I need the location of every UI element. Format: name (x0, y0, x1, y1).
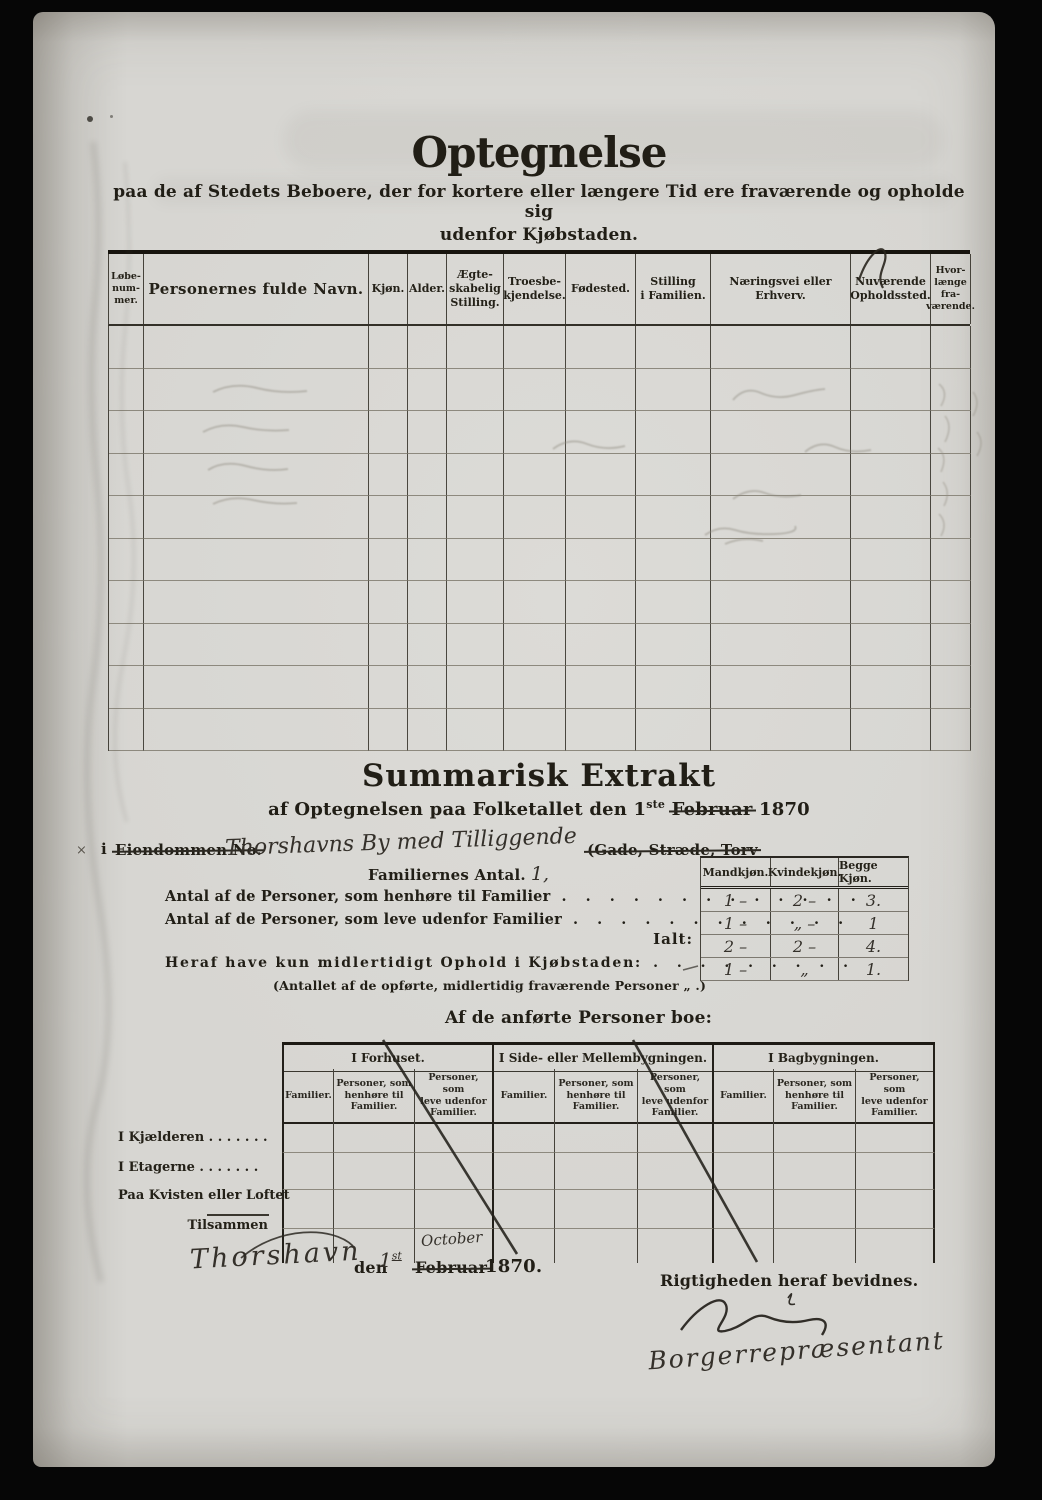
sub-udenfor: Personer, som leve udenfor Familier. (415, 1069, 494, 1122)
register-empty-row (108, 411, 970, 454)
register-empty-cell (931, 411, 971, 454)
register-empty-cell (636, 539, 711, 582)
boe-empty-cell (282, 1122, 334, 1153)
register-empty-cell (447, 454, 504, 497)
register-empty-cell (408, 666, 447, 709)
families-label: Familiernes Antal. (368, 866, 526, 884)
register-empty-row (108, 581, 970, 624)
register-empty-row (108, 624, 970, 667)
register-empty-cell (447, 709, 504, 752)
register-empty-cell (711, 496, 851, 539)
count-value: 4. (839, 935, 908, 957)
count-value: 2 – (771, 935, 839, 957)
register-empty-cell (931, 581, 971, 624)
register-empty-cell (636, 454, 711, 497)
binding-crease (87, 142, 109, 1282)
register-empty-cell (504, 411, 566, 454)
register-empty-cell (566, 411, 636, 454)
ink-speck (87, 116, 93, 122)
signature-scribble (681, 1294, 826, 1335)
register-empty-row (108, 326, 970, 369)
register-empty-cell (144, 369, 369, 412)
group-bagbygningen: I Bagbygningen. (714, 1045, 935, 1071)
register-empty-cell (636, 496, 711, 539)
register-empty-cell (851, 624, 931, 667)
register-empty-cell (504, 454, 566, 497)
sub-familier: Familier. (714, 1069, 774, 1122)
register-empty-cell (109, 326, 144, 369)
main-table-body (108, 326, 970, 751)
counts-table: Mandkjøn. Kvindekjøn. Begge Kjøn. 1 – 2 … (700, 856, 909, 981)
register-empty-cell (931, 369, 971, 412)
subtitle-line-2: udenfor Kjøbstaden. (108, 225, 970, 245)
summary-heading: Summarisk Extrakt (108, 758, 970, 794)
boe-empty-cell (282, 1153, 334, 1190)
col-aegteskabelig: Ægte- skabelig Stilling. (447, 254, 504, 324)
register-empty-cell (504, 539, 566, 582)
attestation-text: Rigtigheden heraf bevidnes. (660, 1271, 918, 1290)
boe-empty-cell (282, 1190, 334, 1229)
boe-empty-cell (856, 1153, 935, 1190)
col-naeringsvei: Næringsvei eller Erhverv. (711, 254, 851, 324)
note-line: (Antallet af de opførte, midlertidig fra… (273, 978, 706, 993)
boe-empty-row (282, 1190, 1042, 1229)
day-number: 1 (379, 1248, 392, 1272)
register-empty-cell (144, 411, 369, 454)
counts-row-outside-families: 1 – „ – 1 (701, 912, 908, 935)
register-empty-cell (369, 666, 408, 709)
register-empty-cell (566, 624, 636, 667)
col-fodested: Fødested. (566, 254, 636, 324)
register-empty-cell (144, 454, 369, 497)
count-value: 3. (839, 889, 908, 911)
line2-label: Antal af de Personer, som leve udenfor F… (165, 911, 562, 928)
register-empty-cell (144, 709, 369, 752)
counts-row-families: 1 – 2 – 3. (701, 889, 908, 912)
boe-empty-cell (638, 1122, 714, 1153)
register-empty-cell (566, 581, 636, 624)
main-table: Løbe- num- mer. Personernes fulde Navn. … (108, 250, 970, 751)
boe-empty-cell (714, 1122, 774, 1153)
register-empty-cell (369, 539, 408, 582)
sub-henhore: Personer, som henhøre til Familier. (334, 1069, 415, 1122)
register-empty-cell (369, 454, 408, 497)
register-empty-cell (447, 496, 504, 539)
paper-sheet: Optegnelse paa de af Stedets Beboere, de… (33, 12, 995, 1467)
register-empty-cell (109, 411, 144, 454)
boe-empty-cell (555, 1229, 638, 1263)
signature-role: Borgerrepræsentant (647, 1326, 945, 1376)
register-empty-cell (144, 496, 369, 539)
register-empty-row (108, 496, 970, 539)
main-table-header: Løbe- num- mer. Personernes fulde Navn. … (108, 254, 970, 326)
register-empty-cell (408, 326, 447, 369)
sub-henhore: Personer, som henhøre til Familier. (555, 1069, 638, 1122)
register-empty-cell (851, 539, 931, 582)
register-empty-cell (109, 709, 144, 752)
register-empty-cell (851, 581, 931, 624)
register-empty-cell (851, 326, 931, 369)
register-empty-cell (636, 666, 711, 709)
count-value: 1 (839, 912, 908, 934)
scanned-census-page: { "page": { "title": "Optegnelse", "subt… (0, 0, 1042, 1500)
register-empty-cell (447, 369, 504, 412)
day-suffix: st (392, 1249, 402, 1262)
register-empty-cell (711, 369, 851, 412)
register-empty-cell (504, 666, 566, 709)
count-value: „ – (771, 912, 839, 934)
printed-year: 1870. (485, 1256, 542, 1277)
boe-empty-cell (334, 1190, 415, 1229)
register-empty-row (108, 709, 970, 752)
register-empty-cell (851, 411, 931, 454)
register-empty-cell (636, 581, 711, 624)
sub-familier: Familier. (494, 1069, 555, 1122)
sub-udenfor: Personer, som leve udenfor Familier. (856, 1069, 935, 1122)
boe-empty-cell (638, 1190, 714, 1229)
register-empty-cell (566, 709, 636, 752)
counts-col-mandkjon: Mandkjøn. (701, 858, 771, 886)
register-empty-cell (504, 709, 566, 752)
register-empty-cell (931, 326, 971, 369)
col-kjon: Kjøn. (369, 254, 408, 324)
register-empty-cell (636, 709, 711, 752)
register-empty-cell (566, 326, 636, 369)
col-stilling-familien: Stilling i Familien. (636, 254, 711, 324)
register-empty-cell (636, 326, 711, 369)
register-empty-cell (369, 496, 408, 539)
title-block: Optegnelse (108, 128, 970, 177)
register-empty-cell (504, 624, 566, 667)
sub-udenfor: Personer, som leve udenfor Familier. (638, 1069, 714, 1122)
count-value: 2 – (771, 889, 839, 911)
boe-empty-cell (494, 1153, 555, 1190)
col-hvorlaenge: Hvor- længe fra- værende. (931, 254, 971, 324)
boe-subheader: Familier. Personer, som henhøre til Fami… (282, 1069, 935, 1124)
register-empty-cell (369, 411, 408, 454)
register-empty-cell (711, 709, 851, 752)
counts-row-temporary: 1 – „ 1. (701, 958, 908, 981)
register-empty-cell (851, 369, 931, 412)
register-empty-cell (369, 369, 408, 412)
families-value-handwritten: 1, (531, 863, 549, 885)
register-empty-cell (109, 581, 144, 624)
register-empty-cell (504, 369, 566, 412)
register-empty-cell (109, 666, 144, 709)
boe-empty-row (282, 1153, 1042, 1190)
boe-empty-cell (774, 1190, 856, 1229)
register-empty-row (108, 454, 970, 497)
register-empty-cell (408, 624, 447, 667)
count-value: 2 – (701, 935, 771, 957)
row-label-kvisten: Paa Kvisten eller Loftet (118, 1188, 290, 1203)
boe-empty-cell (334, 1122, 415, 1153)
register-empty-cell (447, 666, 504, 709)
col-troesbekjendelse: Troesbe- kjendelse. (504, 254, 566, 324)
boe-empty-cell (856, 1229, 935, 1263)
boe-empty-cell (714, 1229, 774, 1263)
register-empty-cell (144, 326, 369, 369)
count-value: 1 – (701, 889, 771, 911)
group-forhuset: I Forhuset. (282, 1045, 494, 1071)
boe-table: I Forhuset. I Side- eller Mellembygninge… (113, 1042, 936, 1266)
families-line: Familiernes Antal. 1, (368, 863, 549, 885)
boe-empty-cell (415, 1122, 494, 1153)
register-empty-cell (504, 326, 566, 369)
register-empty-cell (369, 581, 408, 624)
counts-header-row: Mandkjøn. Kvindekjøn. Begge Kjøn. (701, 858, 908, 889)
register-empty-cell (447, 539, 504, 582)
sub-henhore: Personer, som henhøre til Familier. (774, 1069, 856, 1122)
boe-empty-cell (494, 1122, 555, 1153)
register-empty-cell (144, 666, 369, 709)
boe-empty-cell (638, 1229, 714, 1263)
col-lobenummer: Løbe- num- mer. (109, 254, 144, 324)
register-empty-cell (504, 581, 566, 624)
margin-x-mark: × (76, 843, 87, 858)
boe-heading: Af de anførte Personer boe: (445, 1008, 712, 1028)
register-empty-cell (109, 624, 144, 667)
boe-empty-cell (415, 1153, 494, 1190)
boe-empty-row (282, 1122, 1042, 1153)
boe-empty-cell (714, 1190, 774, 1229)
register-empty-cell (711, 411, 851, 454)
register-empty-cell (369, 326, 408, 369)
counts-row-total: 2 – 2 – 4. (701, 935, 908, 958)
summary-subheading: af Optegnelsen paa Folketallet den 1ste … (108, 798, 970, 820)
register-empty-cell (408, 454, 447, 497)
register-empty-cell (711, 624, 851, 667)
col-opholdssted: Nuværende Opholdssted. (851, 254, 931, 324)
col-alder: Alder. (408, 254, 447, 324)
register-empty-cell (566, 369, 636, 412)
count-value: 1 – (701, 912, 771, 934)
struck-month: Februar (672, 799, 753, 820)
subtitle-line-1: paa de af Stedets Beboere, der for korte… (108, 182, 970, 222)
register-empty-cell (369, 624, 408, 667)
sub-familier: Familier. (282, 1069, 334, 1122)
register-empty-cell (636, 411, 711, 454)
register-empty-row (108, 666, 970, 709)
register-empty-cell (851, 709, 931, 752)
register-empty-cell (109, 496, 144, 539)
register-empty-cell (851, 666, 931, 709)
register-empty-cell (711, 326, 851, 369)
register-empty-cell (408, 496, 447, 539)
register-empty-cell (408, 539, 447, 582)
boe-empty-cell (638, 1153, 714, 1190)
boe-empty-cell (555, 1153, 638, 1190)
register-empty-cell (711, 666, 851, 709)
boe-empty-cell (555, 1190, 638, 1229)
subheading-text: af Optegnelsen paa Folketallet den 1 (268, 799, 646, 820)
register-empty-row (108, 369, 970, 412)
count-value: „ (771, 958, 839, 980)
register-empty-cell (931, 454, 971, 497)
register-empty-cell (566, 539, 636, 582)
register-empty-cell (447, 624, 504, 667)
boe-empty-cell (856, 1122, 935, 1153)
register-empty-cell (109, 454, 144, 497)
register-empty-cell (931, 709, 971, 752)
register-empty-cell (566, 496, 636, 539)
location-prefix: i (101, 840, 107, 858)
register-empty-cell (504, 496, 566, 539)
register-empty-cell (144, 624, 369, 667)
register-empty-cell (931, 496, 971, 539)
register-empty-cell (931, 624, 971, 667)
register-empty-cell (851, 454, 931, 497)
register-empty-cell (566, 454, 636, 497)
subheading-year: 1870 (759, 799, 810, 820)
register-empty-cell (566, 666, 636, 709)
ialt-label: Ialt: (593, 930, 693, 948)
boe-empty-cell (555, 1122, 638, 1153)
boe-empty-cell (774, 1153, 856, 1190)
handwritten-location: Thorshavns By med Tilliggende (225, 824, 578, 861)
counts-col-kvindekjon: Kvindekjøn. (771, 858, 839, 886)
register-empty-cell (636, 624, 711, 667)
boe-empty-cell (714, 1153, 774, 1190)
group-mellembygningen: I Side- eller Mellembygningen. (494, 1045, 714, 1071)
ink-speck (110, 115, 113, 118)
register-empty-cell (711, 454, 851, 497)
register-empty-cell (711, 581, 851, 624)
register-empty-cell (931, 666, 971, 709)
register-empty-cell (109, 539, 144, 582)
boe-empty-cell (334, 1153, 415, 1190)
heraf-label: Heraf have kun midlertidigt Ophold i Kjø… (165, 955, 642, 971)
line1-label: Antal af de Personer, som henhøre til Fa… (165, 888, 550, 905)
register-empty-cell (931, 539, 971, 582)
summary-heading-block: Summarisk Extrakt (108, 758, 970, 794)
count-value: 1. (839, 958, 908, 980)
boe-empty-cell (774, 1229, 856, 1263)
boe-group-header: I Forhuset. I Side- eller Mellembygninge… (282, 1042, 935, 1072)
boe-empty-cell (856, 1190, 935, 1229)
struck-februar: Februar (415, 1258, 487, 1277)
register-empty-cell (109, 369, 144, 412)
register-empty-cell (408, 581, 447, 624)
register-empty-row (108, 539, 970, 582)
tilsammen-rule (207, 1214, 269, 1216)
register-empty-cell (408, 411, 447, 454)
register-empty-cell (711, 539, 851, 582)
boe-empty-cell (774, 1122, 856, 1153)
row-label-kjaelderen: I Kjælderen . . . . . . . (118, 1130, 268, 1145)
register-empty-cell (447, 581, 504, 624)
col-fulde-navn: Personernes fulde Navn. (144, 254, 369, 324)
page-title: Optegnelse (108, 128, 970, 177)
register-empty-cell (144, 581, 369, 624)
subheading-ordinal: ste (646, 798, 665, 811)
register-empty-cell (851, 496, 931, 539)
boe-empty-cell (494, 1190, 555, 1229)
row-label-tilsammen: Tilsammen (113, 1218, 268, 1233)
register-empty-cell (636, 369, 711, 412)
register-empty-cell (447, 326, 504, 369)
register-empty-cell (408, 709, 447, 752)
counts-col-beggekjon: Begge Kjøn. (839, 858, 908, 886)
subtitle-block: paa de af Stedets Beboere, der for korte… (108, 182, 970, 245)
register-empty-cell (369, 709, 408, 752)
handwritten-day: 1st (379, 1248, 402, 1272)
row-label-etagerne: I Etagerne . . . . . . . (118, 1160, 258, 1175)
register-empty-cell (408, 369, 447, 412)
register-empty-cell (144, 539, 369, 582)
count-value: 1 – (701, 958, 771, 980)
register-empty-cell (447, 411, 504, 454)
boe-empty-cell (415, 1190, 494, 1229)
